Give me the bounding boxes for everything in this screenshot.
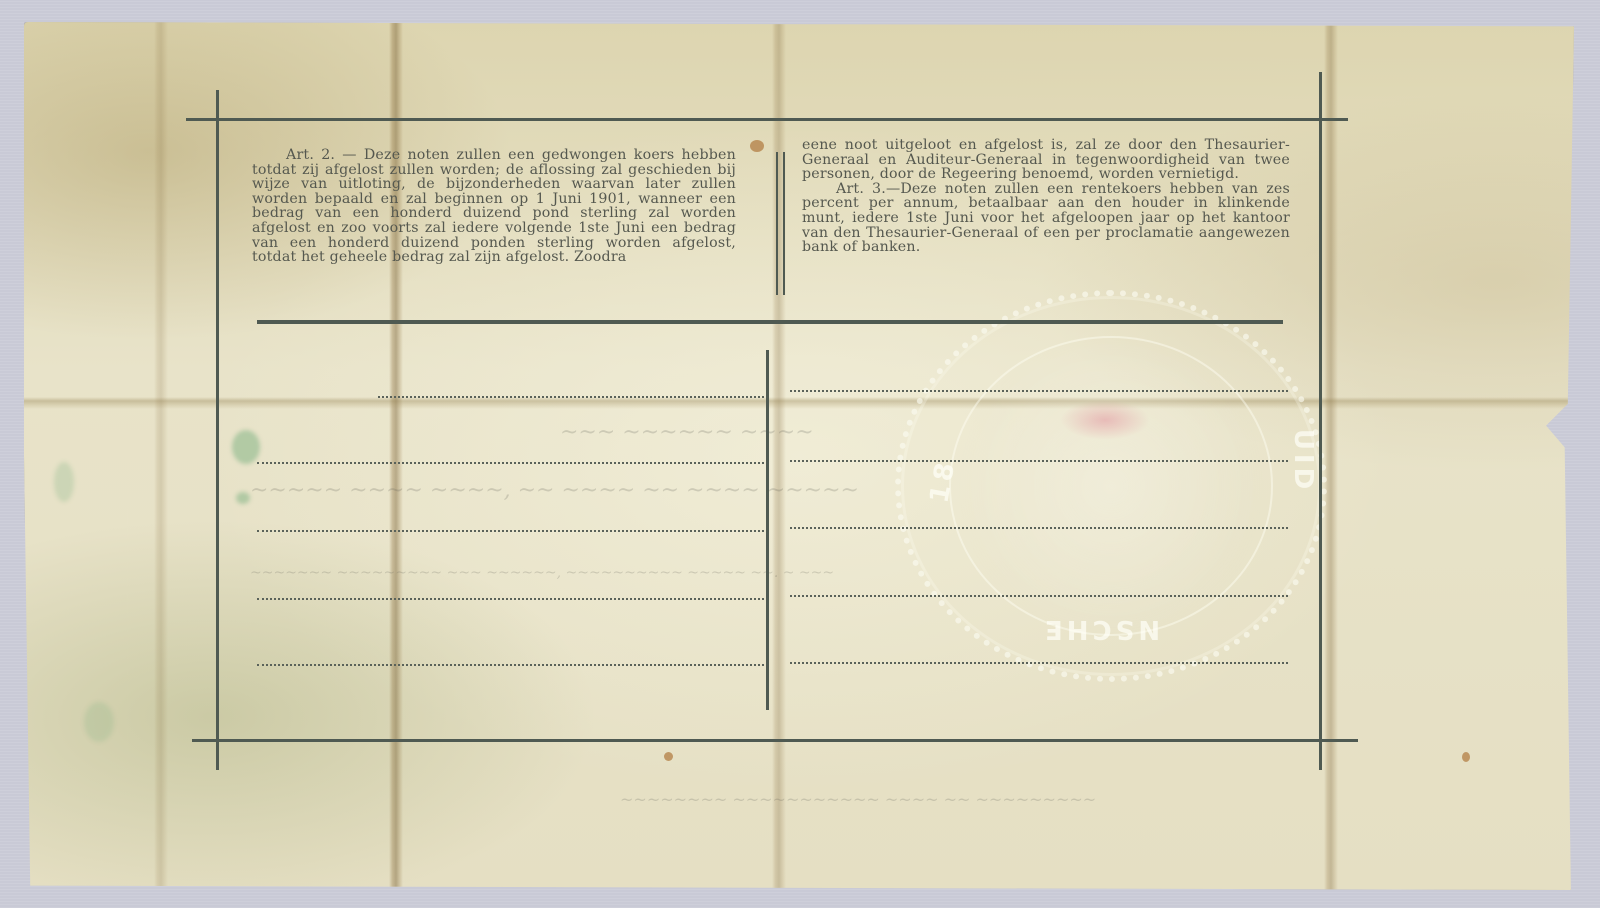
bleed-through-text: ~~~~~~~~ ~~~~~~~~~~~ ~~~~ ~~ ~~~~~~~~~ (620, 790, 1096, 809)
endorsement-line (790, 595, 1288, 597)
fold-crease (1324, 22, 1338, 890)
article-2-continuation-text: eene noot uitgeloot en afgelost is, zal … (802, 138, 1290, 182)
frame-bottom-rule (192, 739, 1358, 742)
article-3-text: Art. 3.—Deze noten zullen een rentekoers… (802, 182, 1290, 255)
article-2-column: Art. 2. — Deze noten zullen een gedwonge… (252, 148, 736, 265)
bleed-through-text: ~~~ ~~~~~~ ~~~~ (560, 420, 814, 445)
endorsement-line (790, 390, 1288, 392)
frame-top-rule (186, 118, 1348, 121)
ink-stain (236, 492, 250, 504)
seal-text-right: UID (1288, 429, 1318, 493)
seal-text-bottom: NSCHE (1041, 614, 1160, 644)
fold-crease (154, 22, 168, 890)
frame-left-rule (216, 90, 219, 770)
endorsement-line (257, 664, 764, 666)
ink-stain (84, 702, 114, 742)
column-divider (783, 152, 785, 295)
ink-stain (232, 430, 260, 464)
bleed-through-text: ~~~~~~~ ~~~~~~~~~ ~~~ ~~~~~~, ~~~~~~~~~~… (250, 565, 834, 581)
frame-right-rule (1319, 72, 1322, 770)
column-divider (776, 152, 778, 295)
endorsement-line (790, 527, 1288, 529)
embossed-seal: 18 NSCHE UID (895, 290, 1327, 682)
endorsement-line (257, 530, 764, 532)
red-stamp-trace (1060, 400, 1150, 440)
article-2-text: Art. 2. — Deze noten zullen een gedwonge… (252, 148, 736, 265)
endorsement-line (257, 598, 764, 600)
endorsement-line (790, 460, 1288, 462)
article-3-column: eene noot uitgeloot en afgelost is, zal … (802, 138, 1290, 255)
rust-spot (664, 752, 673, 761)
rust-spot (1462, 752, 1470, 762)
fold-crease (24, 397, 1574, 409)
endorsement-line (257, 462, 764, 464)
ink-stain (54, 462, 74, 502)
endorsement-line (790, 662, 1288, 664)
lower-center-rule (766, 350, 769, 710)
rust-spot (750, 140, 764, 152)
seal-inner-ring (949, 336, 1273, 636)
text-bottom-rule (257, 320, 1283, 324)
endorsement-line (378, 396, 764, 398)
